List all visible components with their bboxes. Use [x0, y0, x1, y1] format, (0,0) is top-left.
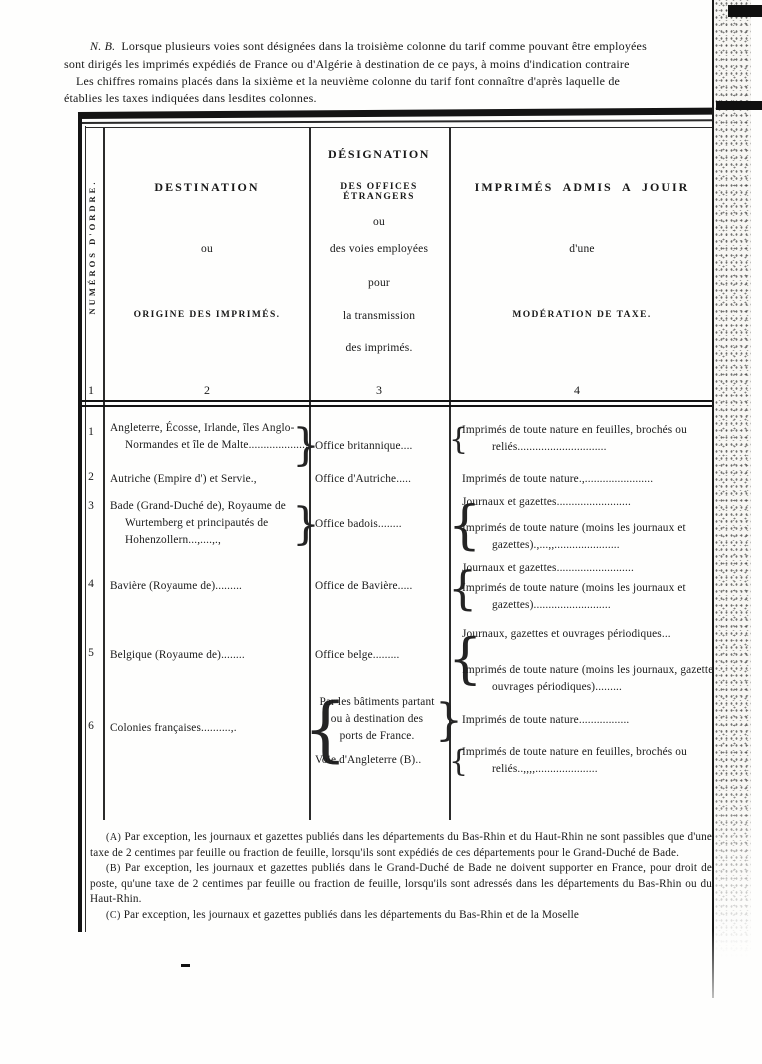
footnote-text: Par exception, les journaux et gazettes … — [90, 831, 712, 859]
header-origine-imprimes: ORIGINE DES IMPRIMÉS. — [106, 310, 308, 320]
row-number: 6 — [78, 720, 104, 732]
header-designation: DÉSIGNATION — [312, 147, 446, 162]
footnote-b: (B) Par exception, les journaux et gazet… — [90, 861, 712, 908]
row-number: 3 — [78, 500, 104, 512]
footnote-a: (A) Par exception, les journaux et gazet… — [90, 830, 712, 861]
imprimes-cell: Imprimés de toute nature en feuilles, br… — [462, 744, 746, 778]
footnotes-block: (A) Par exception, les journaux et gazet… — [90, 830, 712, 923]
ink-mark — [181, 964, 190, 967]
note-line: N. B.Lorsque plusieurs voies sont désign… — [90, 38, 730, 55]
column-number-3: 3 — [312, 383, 446, 398]
imprimes-cell: Journaux et gazettes....................… — [462, 494, 716, 511]
table-top-heavy-rule — [78, 108, 713, 119]
column-number-4: 4 — [452, 383, 702, 398]
destination-cell: Autriche (Empire d') et Servie., — [110, 471, 306, 488]
voie-cell: Office d'Autriche..... — [315, 471, 445, 488]
header-ou-2: ou — [312, 216, 446, 228]
book-gutter-scan-strip — [712, 0, 751, 998]
footnote-label: (A) — [106, 832, 121, 843]
footnote-text: Par exception, les journaux et gazettes … — [124, 909, 579, 921]
voie-cell: Office badois........ — [315, 516, 445, 533]
gutter-fadeout — [712, 930, 762, 1064]
table-left-thin-rule — [85, 126, 86, 932]
destination-cell: Bade (Grand-Duché de), Royaume de Wurtem… — [110, 498, 311, 549]
header-transmission: la transmission — [312, 310, 446, 322]
header-destination: DESTINATION — [106, 180, 308, 195]
voie-cell: Voie d'Angleterre (B).. — [315, 752, 445, 769]
voie-cell: Par les bâtiments partant ou à destinati… — [318, 694, 436, 745]
row-number: 5 — [78, 647, 104, 659]
row-number: 1 — [78, 426, 104, 438]
header-ou: ou — [106, 243, 308, 255]
imprimes-cell: Journaux et gazettes....................… — [462, 560, 716, 577]
destination-cell: Belgique (Royaume de)........ — [110, 647, 306, 664]
header-voies-employees: des voies employées — [312, 243, 446, 255]
voie-cell: Office belge......... — [315, 647, 445, 664]
ink-mark — [716, 101, 762, 110]
header-double-rule-top — [79, 400, 713, 402]
header-imprimes-admis: IMPRIMÉS ADMIS A JOUIR — [452, 180, 712, 195]
column-number-1: 1 — [78, 383, 104, 398]
nb-abbreviation: N. B. — [90, 39, 115, 53]
footnote-c: (C) Par exception, les journaux et gazet… — [90, 908, 712, 924]
row-number: 2 — [78, 471, 104, 483]
voie-cell: Office britannique.... — [315, 438, 445, 455]
note-line: Les chiffres romains placés dans la sixi… — [76, 73, 620, 90]
note-text: Lorsque plusieurs voies sont désignées d… — [121, 39, 647, 53]
ink-mark — [728, 5, 762, 17]
column1-vertical-header: NUMÉROS D'ORDRE. — [87, 162, 97, 332]
destination-cell: Colonies françaises..........,. — [110, 720, 306, 737]
column-number-2: 2 — [106, 383, 308, 398]
scanned-tariff-page: N. B.Lorsque plusieurs voies sont désign… — [0, 0, 762, 1064]
imprimes-cell: Imprimés de toute nature................… — [462, 712, 716, 729]
header-double-rule-bottom — [79, 405, 713, 407]
destination-cell: Angleterre, Écosse, Irlande, îles Anglo-… — [110, 420, 311, 454]
header-moderation-taxe: MODÉRATION DE TAXE. — [452, 310, 712, 320]
table-top-thin-rule — [78, 119, 713, 124]
imprimes-cell: Imprimés de toute nature (moins les jour… — [462, 520, 746, 554]
imprimes-cell: Imprimés de toute nature.,..............… — [462, 471, 716, 488]
footnote-label: (B) — [106, 863, 121, 874]
header-offices-etrangers: DES OFFICES ÉTRANGERS — [312, 182, 446, 202]
column-divider-3 — [449, 127, 451, 820]
imprimes-cell: Imprimés de toute nature en feuilles, br… — [462, 422, 746, 456]
row-number: 4 — [78, 578, 104, 590]
destination-cell: Bavière (Royaume de)......... — [110, 578, 306, 595]
header-pour: pour — [312, 277, 446, 289]
header-dune: d'une — [452, 243, 712, 255]
footnote-text: Par exception, les journaux et gazettes … — [90, 862, 712, 905]
voie-cell: Office de Bavière..... — [315, 578, 445, 595]
imprimes-cell: Imprimés de toute nature (moins les jour… — [462, 662, 746, 696]
header-des-imprimes: des imprimés. — [312, 342, 446, 354]
imprimes-cell: Imprimés de toute nature (moins les jour… — [462, 580, 746, 614]
footnote-label: (C) — [106, 910, 121, 921]
note-line: sont dirigés les imprimés expédiés de Fr… — [64, 56, 630, 73]
column-divider-2 — [309, 127, 311, 820]
table-left-heavy-rule — [78, 114, 82, 932]
imprimes-cell: Journaux, gazettes et ouvrages périodiqu… — [462, 626, 716, 643]
table-inner-top-rule — [86, 127, 713, 128]
note-line: établies les taxes indiquées dans lesdit… — [64, 90, 317, 107]
